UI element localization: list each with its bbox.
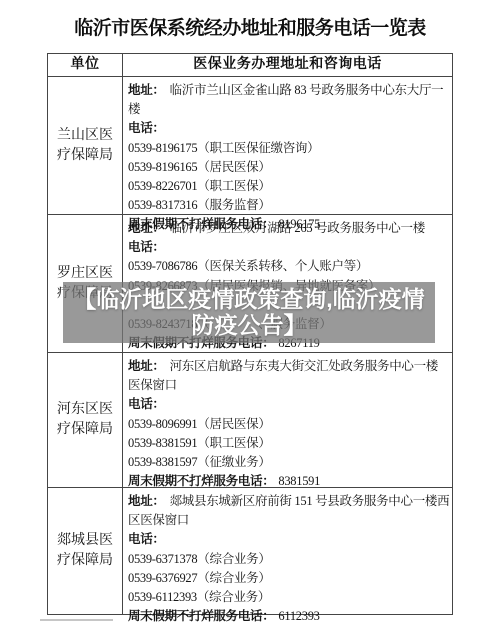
address-label: 地址： [128, 494, 165, 508]
phone-entry: 0539-8226701（职工医保） [128, 177, 450, 196]
address-value: 临沂市罗庄区双月湖路 265 号政务服务中心一楼 [170, 221, 425, 235]
table-header-row: 单位 医保业务办理地址和咨询电话 [48, 54, 452, 76]
phone-label: 电话： [128, 395, 450, 414]
header-unit: 单位 [48, 54, 123, 76]
address-label: 地址： [128, 359, 165, 373]
address-line: 地址：临沂市罗庄区双月湖路 265 号政务服务中心一楼 [128, 219, 450, 238]
phone-entry: 0539-8196175（职工医保征缴咨询） [128, 139, 450, 158]
phone-label: 电话： [128, 119, 450, 138]
phone-entry: 0539-6371378（综合业务） [128, 550, 450, 569]
weekend-label: 周末假期不打烊服务电话： [128, 609, 274, 623]
address-label: 地址： [128, 221, 165, 235]
address-line: 地址：郯城县东城新区府前街 151 号县政务服务中心一楼西区医保窗口 [128, 492, 450, 530]
address-line: 地址：临沂市兰山区金雀山路 83 号政务服务中心东大厅一楼 [128, 81, 450, 119]
phone-entry: 0539-6376927（综合业务） [128, 569, 450, 588]
unit-name: 兰山区医疗保障局 [48, 77, 123, 214]
phone-label: 电话： [128, 238, 450, 257]
table-row-lanshan: 兰山区医疗保障局 地址：临沂市兰山区金雀山路 83 号政务服务中心东大厅一楼 电… [48, 76, 452, 214]
row-details: 地址：临沂市兰山区金雀山路 83 号政务服务中心东大厅一楼 电话： 0539-8… [123, 77, 452, 214]
weekend-label: 周末假期不打烊服务电话： [128, 474, 274, 488]
phone-entry: 0539-8096991（居民医保） [128, 415, 450, 434]
address-value: 郯城县东城新区府前街 151 号县政务服务中心一楼西区医保窗口 [128, 494, 449, 527]
scan-artifact [40, 619, 113, 621]
address-label: 地址： [128, 83, 165, 97]
row-details: 地址：河东区启航路与东夷大街交汇处政务服务中心一楼医保窗口 电话： 0539-8… [123, 353, 452, 487]
phone-entry: 0539-6112393（综合业务） [128, 588, 450, 607]
weekend-line: 周末假期不打烊服务电话：6112393 [128, 607, 450, 623]
unit-name: 河东区医疗保障局 [48, 353, 123, 487]
weekend-number: 6112393 [278, 609, 319, 623]
phone-entry: 0539-8317316（服务监督） [128, 196, 450, 215]
table-row-tancheng: 郯城县医疗保障局 地址：郯城县东城新区府前街 151 号县政务服务中心一楼西区医… [48, 487, 452, 614]
phone-entry: 0539-8381591（职工医保） [128, 434, 450, 453]
unit-name: 郯城县医疗保障局 [48, 488, 123, 614]
address-line: 地址：河东区启航路与东夷大街交汇处政务服务中心一楼医保窗口 [128, 357, 450, 395]
phone-entry: 0539-8381597（征缴业务） [128, 453, 450, 472]
address-value: 河东区启航路与东夷大街交汇处政务服务中心一楼医保窗口 [128, 359, 438, 392]
phone-label: 电话： [128, 530, 450, 549]
watermark-banner: 【临沂地区疫情政策查询,临沂疫情防疫公告】 [63, 282, 435, 343]
header-info: 医保业务办理地址和咨询电话 [123, 54, 452, 76]
row-details: 地址：郯城县东城新区府前街 151 号县政务服务中心一楼西区医保窗口 电话： 0… [123, 488, 452, 614]
address-value: 临沂市兰山区金雀山路 83 号政务服务中心东大厅一楼 [128, 83, 443, 116]
phone-entry: 0539-8196165（居民医保） [128, 158, 450, 177]
document-page: 临沂市医保系统经办地址和服务电话一览表 单位 医保业务办理地址和咨询电话 兰山区… [0, 0, 500, 623]
phone-entry: 0539-7086786（医保关系转移、个人账户等） [128, 257, 450, 276]
table-row-hedong: 河东区医疗保障局 地址：河东区启航路与东夷大街交汇处政务服务中心一楼医保窗口 电… [48, 352, 452, 487]
page-title: 临沂市医保系统经办地址和服务电话一览表 [0, 13, 500, 40]
weekend-number: 8381591 [278, 474, 320, 488]
